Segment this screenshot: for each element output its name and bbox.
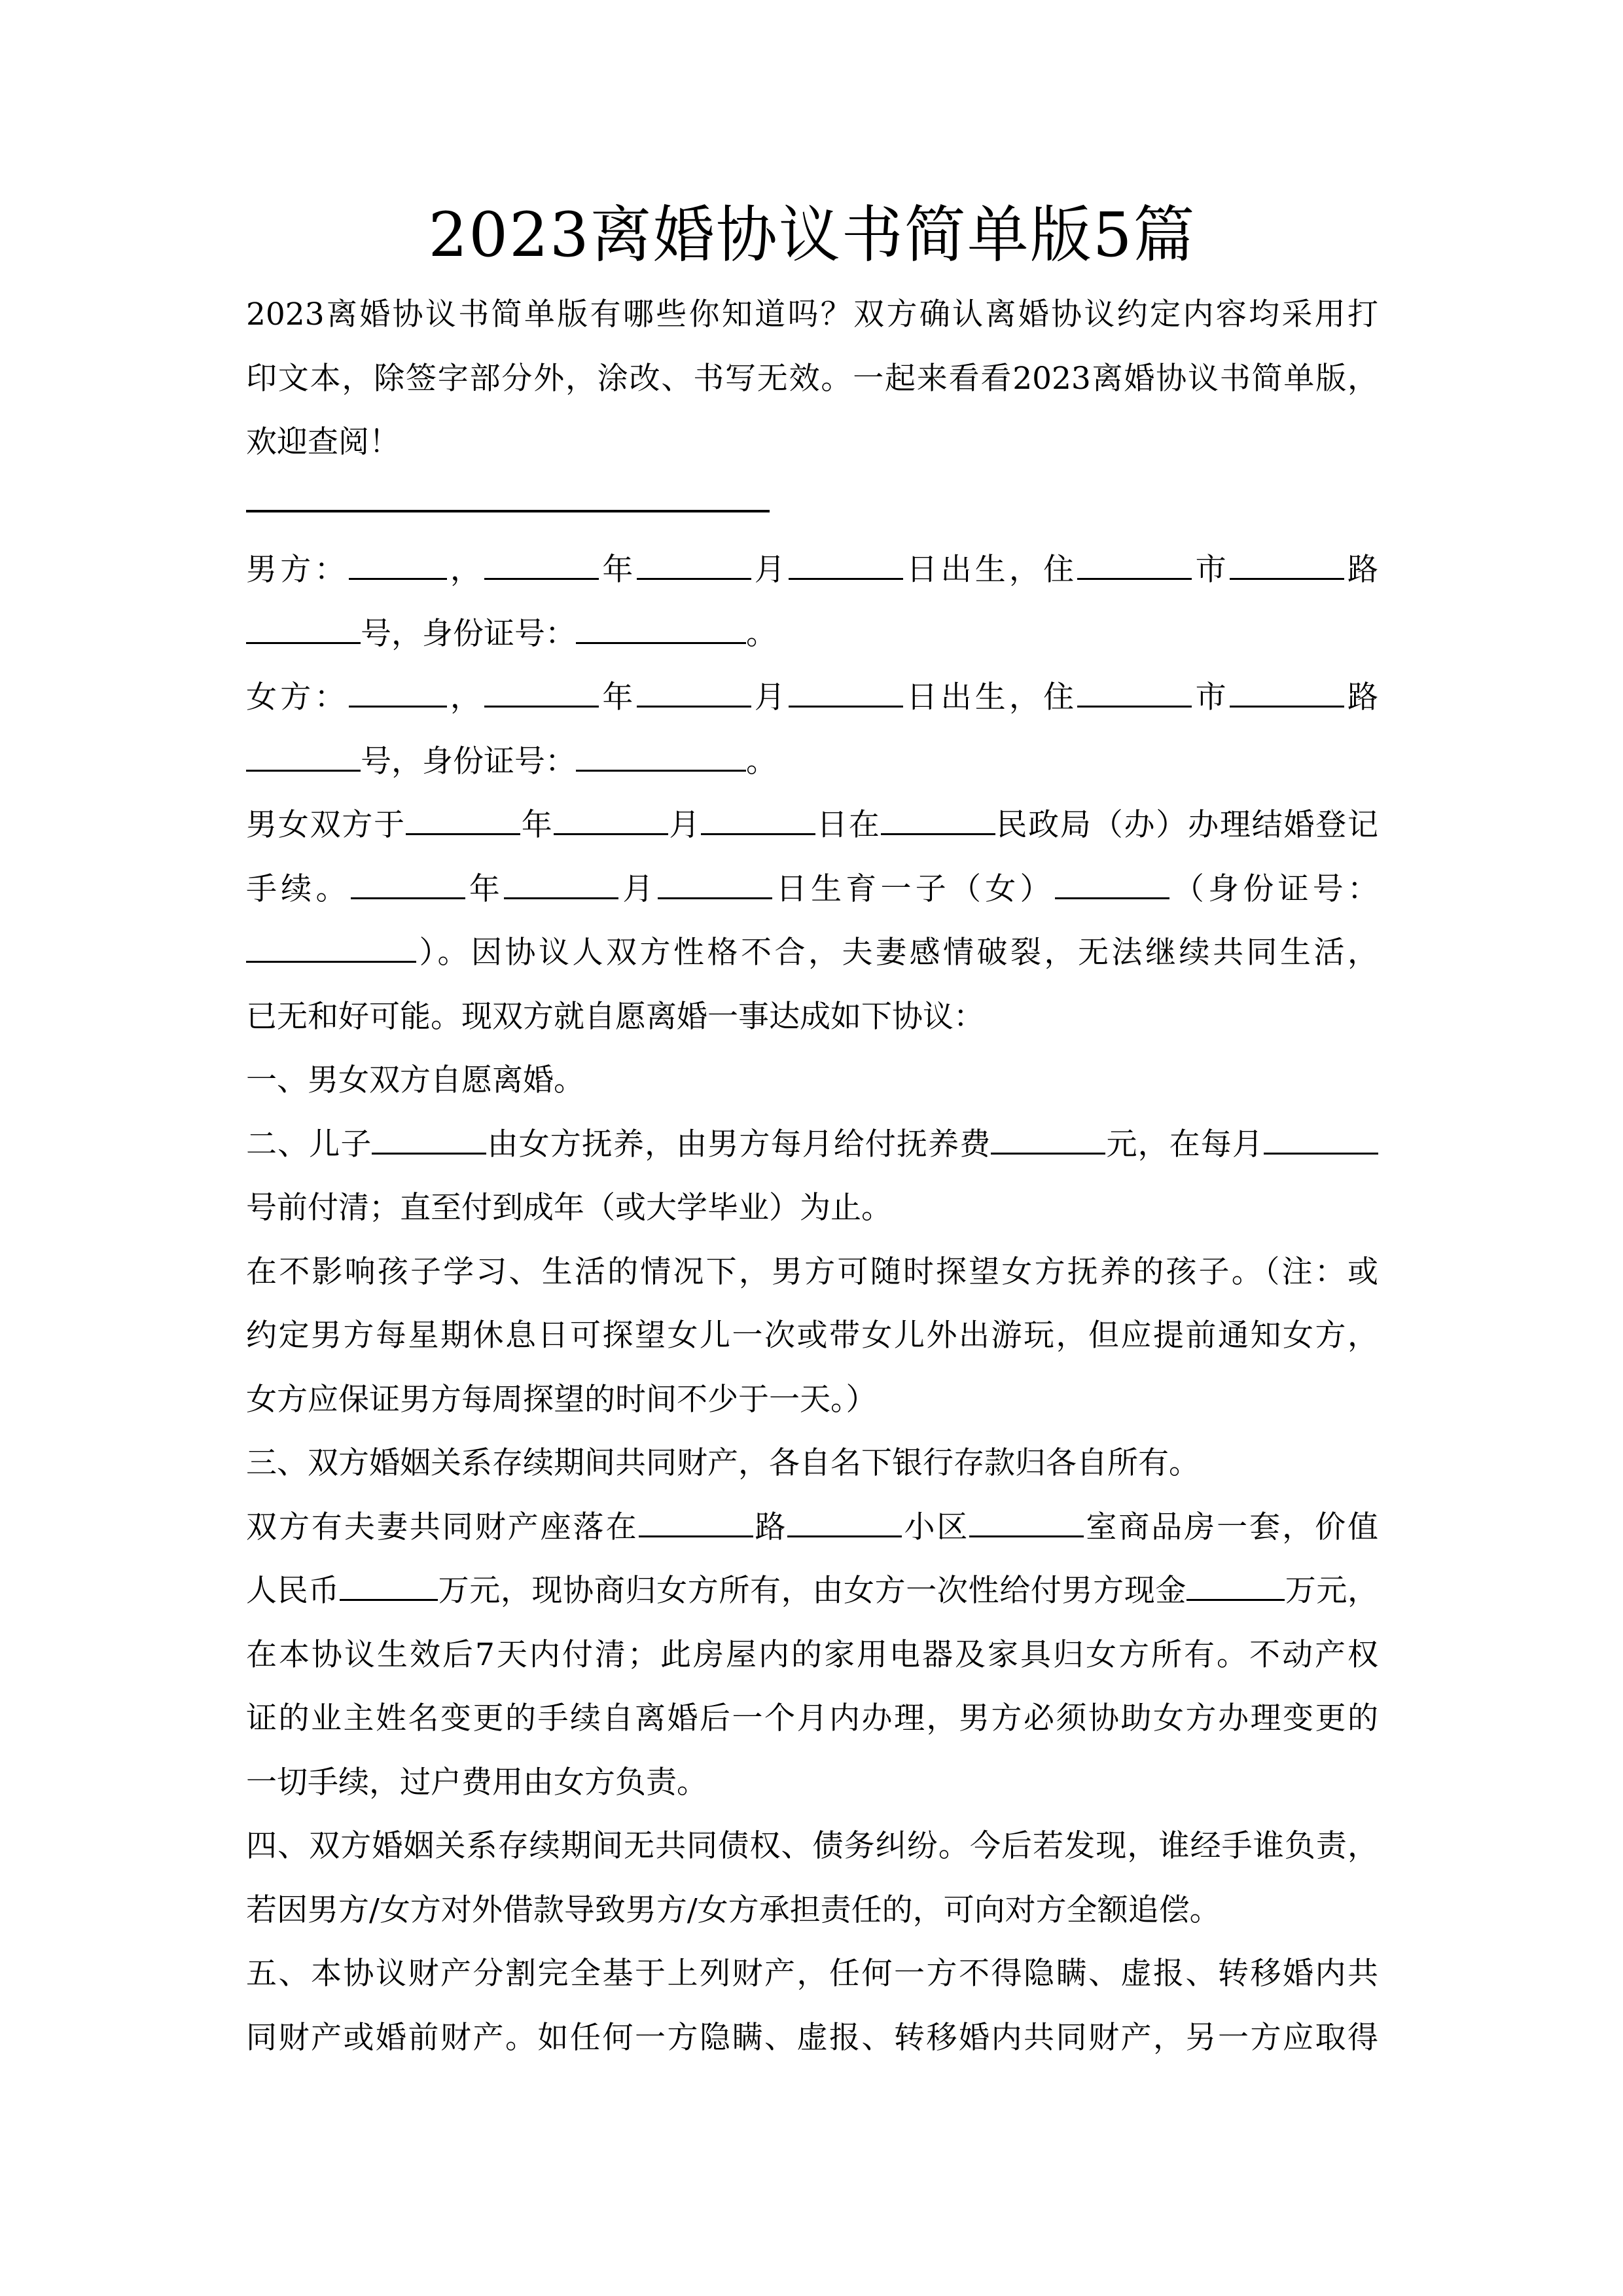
child-month-label: 月	[618, 871, 657, 907]
man-month-blank[interactable]	[637, 550, 751, 580]
woman-id-blank[interactable]	[576, 742, 746, 772]
separator-row	[246, 475, 1378, 539]
property-line-2: 人民币万元，现协商归女方所有，由女方一次性给付男方现金万元，	[246, 1559, 1378, 1623]
marriage-year-label: 年	[520, 807, 554, 843]
marriage-line-4: 已无和好可能。现双方就自愿离婚一事达成如下协议：	[246, 985, 1378, 1049]
man-city-blank[interactable]	[1077, 550, 1192, 580]
property-line-3: 在本协议生效后7天内付清；此房屋内的家用电器及家具归女方所有。不动产权	[246, 1623, 1378, 1687]
property-value-label: 室商品房一套，价值	[1084, 1509, 1378, 1545]
property-settlement: 万元，现协商归女方所有，由女方一次性给付男方现金	[438, 1573, 1186, 1609]
clause-4-line-2: 若因男方/女方对外借款导致男方/女方承担责任的，可向对方全额追偿。	[246, 1878, 1378, 1943]
clause-2-start: 二、儿子	[246, 1126, 372, 1162]
woman-line-1: 女方：，年月日出生，住市路	[246, 666, 1378, 730]
separator-line	[246, 510, 770, 512]
page-title: 2023离婚协议书简单版5篇	[246, 196, 1378, 275]
man-city-label: 市	[1192, 552, 1229, 588]
marriage-month-blank[interactable]	[554, 806, 668, 835]
property-line-4: 证的业主姓名变更的手续自离婚后一个月内办理，男方必须协助女方办理变更的	[246, 1687, 1378, 1751]
property-room-blank[interactable]	[969, 1508, 1084, 1537]
man-number-blank[interactable]	[246, 615, 361, 644]
marriage-line-2: 手续。年月日生育一子（女）（身份证号：	[246, 857, 1378, 922]
marriage-day-blank[interactable]	[701, 806, 815, 835]
marriage-line-3: ）。因协议人双方性格不合，夫妻感情破裂，无法继续共同生活，	[246, 921, 1378, 985]
woman-name-blank[interactable]	[349, 678, 447, 708]
clause-2-custody: 由女方抚养，由男方每月给付抚养费	[486, 1126, 991, 1162]
man-id-label: 号，身份证号：	[361, 616, 576, 652]
property-road-blank[interactable]	[639, 1508, 753, 1537]
property-community-label: 小区	[902, 1509, 969, 1545]
man-name-blank[interactable]	[349, 550, 447, 580]
woman-year-blank[interactable]	[484, 678, 599, 708]
visit-line-1: 在不影响孩子学习、生活的情况下，男方可随时探望女方抚养的孩子。（注：或	[246, 1240, 1378, 1304]
marriage-year-blank[interactable]	[406, 806, 520, 835]
child-id-label: （身份证号：	[1169, 871, 1378, 907]
marriage-procedure: 手续。	[246, 871, 351, 907]
woman-comma: ，	[447, 679, 484, 715]
cash-amount-blank[interactable]	[1186, 1571, 1285, 1601]
child-label: 日生育一子（女）	[772, 871, 1055, 907]
property-value-blank[interactable]	[340, 1571, 438, 1601]
man-line-2: 号，身份证号：。	[246, 602, 1378, 666]
visit-line-2: 约定男方每星期休息日可探望女儿一次或带女儿外出游玩，但应提前通知女方，	[246, 1304, 1378, 1368]
man-line-1: 男方：，年月日出生，住市路	[246, 538, 1378, 602]
woman-month-blank[interactable]	[637, 678, 751, 708]
child-day-blank[interactable]	[658, 870, 772, 899]
woman-number-blank[interactable]	[246, 742, 361, 772]
woman-city-blank[interactable]	[1077, 678, 1192, 708]
clause-2-line-2: 号前付清；直至付到成年（或大学毕业）为止。	[246, 1176, 1378, 1240]
child-year-blank[interactable]	[351, 870, 465, 899]
man-born-label: 日出生，住	[903, 552, 1077, 588]
marriage-line-1: 男女双方于年月日在民政局（办）办理结婚登记	[246, 793, 1378, 857]
woman-road-blank[interactable]	[1230, 678, 1344, 708]
woman-year-label: 年	[599, 679, 636, 715]
marriage-bureau-label: 民政局（办）办理结婚登记	[995, 807, 1379, 843]
child-id-blank[interactable]	[246, 933, 416, 963]
clause-5-line-2: 同财产或婚前财产。如任何一方隐瞒、虚报、转移婚内共同财产，另一方应取得	[246, 2006, 1378, 2070]
marriage-day-label: 日在	[815, 807, 880, 843]
woman-city-label: 市	[1192, 679, 1229, 715]
visit-line-3: 女方应保证男方每周探望的时间不少于一天。）	[246, 1368, 1378, 1432]
marriage-month-label: 月	[668, 807, 702, 843]
property-community-blank[interactable]	[787, 1508, 902, 1537]
woman-end: 。	[746, 744, 777, 780]
clause-2-line-1: 二、儿子由女方抚养，由男方每月给付抚养费元，在每月	[246, 1113, 1378, 1177]
man-year-label: 年	[599, 552, 636, 588]
clause-4-line-1: 四、双方婚姻关系存续期间无共同债权、债务纠纷。今后若发现，谁经手谁负责，	[246, 1814, 1378, 1878]
child-year-label: 年	[465, 871, 504, 907]
intro-line-2: 印文本，除签字部分外，涂改、书写无效。一起来看看2023离婚协议书简单版，	[246, 347, 1378, 411]
property-currency: 人民币	[246, 1573, 340, 1609]
woman-road-label: 路	[1344, 679, 1378, 715]
intro-line-1: 2023离婚协议书简单版有哪些你知道吗？双方确认离婚协议约定内容均采用打	[246, 283, 1378, 347]
cash-unit: 万元，	[1285, 1573, 1378, 1609]
man-comma: ，	[447, 552, 484, 588]
clause-3: 三、双方婚姻关系存续期间共同财产，各自名下银行存款归各自所有。	[246, 1431, 1378, 1496]
man-month-label: 月	[751, 552, 789, 588]
child-name-blank[interactable]	[1055, 870, 1169, 899]
man-label: 男方：	[246, 552, 349, 588]
woman-id-label: 号，身份证号：	[361, 744, 576, 780]
clause-5-line-1: 五、本协议财产分割完全基于上列财产，任何一方不得隐瞒、虚报、转移婚内共	[246, 1942, 1378, 2006]
property-line-5: 一切手续，过户费用由女方负责。	[246, 1751, 1378, 1815]
man-end: 。	[746, 616, 777, 652]
property-road-label: 路	[753, 1509, 788, 1545]
clause-2-monthly: 元，在每月	[1105, 1126, 1264, 1162]
document-body: 2023离婚协议书简单版有哪些你知道吗？双方确认离婚协议约定内容均采用打 印文本…	[246, 283, 1378, 2070]
man-year-blank[interactable]	[484, 550, 599, 580]
man-road-blank[interactable]	[1230, 550, 1344, 580]
woman-label: 女方：	[246, 679, 349, 715]
child-month-blank[interactable]	[504, 870, 618, 899]
man-day-blank[interactable]	[789, 550, 903, 580]
woman-line-2: 号，身份证号：。	[246, 730, 1378, 794]
woman-day-blank[interactable]	[789, 678, 903, 708]
marriage-bureau-blank[interactable]	[881, 806, 995, 835]
property-start: 双方有夫妻共同财产座落在	[246, 1509, 639, 1545]
woman-month-label: 月	[751, 679, 789, 715]
intro-line-3: 欢迎查阅！	[246, 410, 1378, 475]
marriage-reason: ）。因协议人双方性格不合，夫妻感情破裂，无法继续共同生活，	[416, 935, 1378, 971]
woman-born-label: 日出生，住	[903, 679, 1077, 715]
support-amount-blank[interactable]	[991, 1125, 1105, 1155]
man-road-label: 路	[1344, 552, 1378, 588]
property-line-1: 双方有夫妻共同财产座落在路小区室商品房一套，价值	[246, 1496, 1378, 1560]
clause-1: 一、男女双方自愿离婚。	[246, 1049, 1378, 1113]
man-id-blank[interactable]	[576, 615, 746, 644]
marriage-start: 男女双方于	[246, 807, 406, 843]
son-name-blank[interactable]	[372, 1125, 486, 1155]
support-day-blank[interactable]	[1264, 1125, 1378, 1155]
